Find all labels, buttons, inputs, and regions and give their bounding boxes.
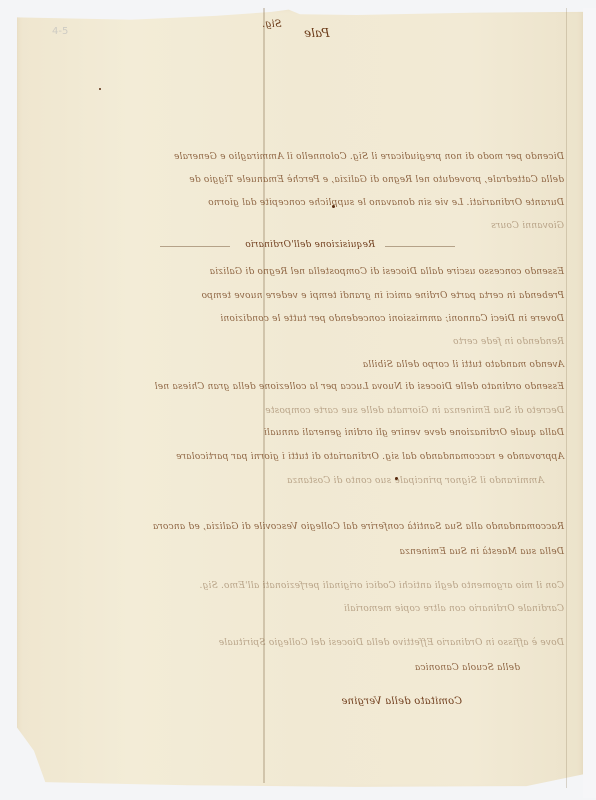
manuscript-line: Dove è affisso in Ordinario Effettivo de…: [34, 638, 564, 648]
manuscript-line: Approvando e raccomandando dal sig. Ordi…: [36, 452, 564, 462]
manuscript-line: Dicendo per modo di non pregiudicare il …: [30, 152, 564, 162]
header-right-mark: Pale: [304, 26, 330, 40]
manuscript-line: Avendo mandato tutti il corpo della Sibi…: [254, 360, 564, 370]
manuscript-line: Ammirando il Signor principale suo conto…: [152, 476, 544, 486]
manuscript-line: della Scuola Canonica: [330, 663, 520, 673]
vertical-fold-line: [263, 8, 265, 783]
manuscript-line: Essendo ordinato delle Diocesi di Nuova …: [44, 382, 564, 392]
heading-rule-right: [385, 246, 455, 247]
manuscript-line: Con il mio argomento degli antichi Codic…: [40, 581, 564, 591]
manuscript-line: Essendo concesso uscire dalla Diocesi di…: [72, 267, 564, 277]
signature: Comitato della Vergine: [290, 696, 462, 707]
ink-blot: [99, 88, 101, 90]
manuscript-line: Giovanni Cours: [440, 221, 564, 231]
manuscript-line: Rendendo in fede certo: [380, 337, 564, 347]
manuscript-line: Raccomandando alla Sua Santità conferire…: [40, 522, 564, 532]
scanned-manuscript-page: 4-5 Sig. Pale Dicendo per modo di non pr…: [0, 0, 596, 800]
manuscript-line: Cardinale Ordinario con altre copie memo…: [168, 604, 564, 614]
manuscript-line: Dovere in Dieci Cannoni; ammissioni conc…: [90, 314, 564, 324]
ghost-page-number: 4-5: [52, 26, 68, 37]
heading-rule-left: [160, 246, 230, 247]
manuscript-line: Decreto di Sua Eminenza in Giornata dell…: [108, 406, 564, 416]
manuscript-line: Durante Ordinariati. Le vie sin donavano…: [30, 198, 564, 208]
manuscript-line: Della sua Maestà in Sua Eminenza: [252, 547, 564, 557]
right-margin-background: [583, 8, 596, 798]
manuscript-line: Dalla quale Ordinazione deve venire gli …: [152, 428, 564, 438]
right-fold-line: [566, 8, 567, 788]
manuscript-line: Prebenda in certa parte Ordine amici in …: [160, 291, 564, 301]
ink-blot: [395, 477, 398, 480]
header-left-mark: Sig.: [262, 19, 282, 30]
section-heading: Requisizione dell'Ordinario: [230, 240, 390, 250]
ink-blot: [332, 205, 335, 208]
manuscript-line: della Cattedrale, proveduto nel Regno di…: [46, 175, 564, 185]
